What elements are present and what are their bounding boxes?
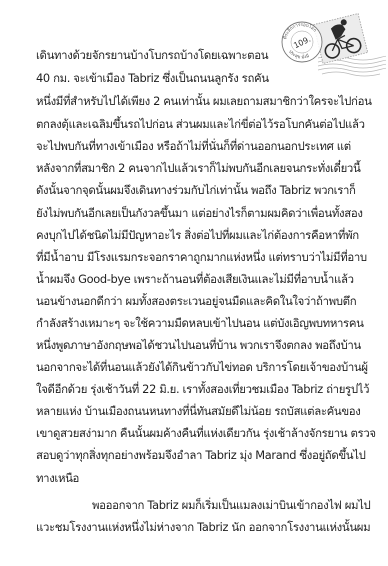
- paragraph-1-line-14: หนึ่งพูดภาษาอังกฤษพอได้ชวนไปนอนที่บ้าน พ…: [36, 337, 361, 353]
- paragraph-1-line-16: ใจดีอีกด้วย รุ่งเช้าวันที่ 22 มิ.ย. เราท…: [36, 381, 369, 397]
- cyclist-postage-stamp: 109. ที่ระลึกการรอบโลก ประสุข มั่งมี: [278, 8, 386, 78]
- paragraph-1-line-2: 40 กม. จะเข้าเมือง Tabriz ซึ่งเป็นถนนลูก…: [36, 70, 269, 86]
- paragraph-1-line-17: หลายแห่ง บ้านเมืองถนนหนทางที่นี่ทันสมัยด…: [36, 403, 360, 419]
- paragraph-1-line-19: สอบดูว่าทุกสิ่งทุกอย่างพร้อมจึงอำลา Tabr…: [36, 447, 366, 463]
- paragraph-1-line-1: เดินทางด้วยจักรยานบ้างโบกรถบ้างโดยเฉพาะต…: [36, 47, 268, 63]
- paragraph-1-line-3: หนึ่งมีที่สำหรับไปได้เพียง 2 คนเท่านั้น …: [36, 93, 372, 109]
- book-page: 109. ที่ระลึกการรอบโลก ประสุข มั่งมี เดิ…: [0, 0, 388, 566]
- paragraph-2-line-2: แวะชมโรงงานแห่งหนึ่งไม่ห่างจาก Tabriz นั…: [36, 519, 370, 535]
- paragraph-1-line-13: กำลังสร้างเหมาะๆ จะใช้ความมืดหลบเข้าไปนอ…: [36, 315, 364, 331]
- paragraph-2-line-1: พอออกจาก Tabriz ผมก็เริ่มเป็นแมลงเม่าบิน…: [92, 497, 370, 513]
- paragraph-1-line-5: จะไปพบกันที่ทางเข้าเมือง หรือถ้าไม่ที่นั…: [36, 138, 351, 154]
- stamp-illustration-icon: 109. ที่ระลึกการรอบโลก ประสุข มั่งมี: [278, 8, 386, 78]
- paragraph-1-line-11: น้ำผมจึง Good-bye เพราะถ้านอนที่ต้องเสีย…: [36, 271, 354, 287]
- paragraph-1-line-4: ตกลงตุ้และเฉลิมขึ้นรถไปก่อน ส่วนผมและไก่…: [36, 116, 365, 132]
- paragraph-1-line-12: นอนข้างนอกดีกว่า ผมทั้งสองตระเวนอยู่จนมื…: [36, 293, 356, 309]
- paragraph-1-line-8: ยังไม่พบกันอีกเลยเป็นกังวลขึ้นมา แต่อย่า…: [36, 205, 363, 221]
- paragraph-1-line-10: ที่มีน้ำอาบ มีโรงแรมกระจอกราคาถูกมากแห่ง…: [36, 249, 367, 265]
- paragraph-1-line-7: ดังนั้นจากจุดนั้นผมจึงเดินทางร่วมกับไก่เ…: [36, 182, 356, 198]
- paragraph-1-line-20: ทางเหนือ: [36, 470, 79, 486]
- paragraph-1-line-9: คงบุกไปได้ชนิดไม่มีปัญหาอะไร สิ่งต่อไปที…: [36, 227, 359, 243]
- paragraph-1-line-6: หลังจากที่สมาชิก 2 คนจากไปแล้วเราก็ไม่พบ…: [36, 160, 360, 176]
- paragraph-1-line-15: นอกจากจะได้ที่นอนแล้วยังได้กินข้าวกับไข่…: [36, 359, 368, 375]
- paragraph-1-line-18: เขาดูสวยสง่ามาก คืนนั้นผมค้างคืนที่แห่งเ…: [36, 425, 376, 441]
